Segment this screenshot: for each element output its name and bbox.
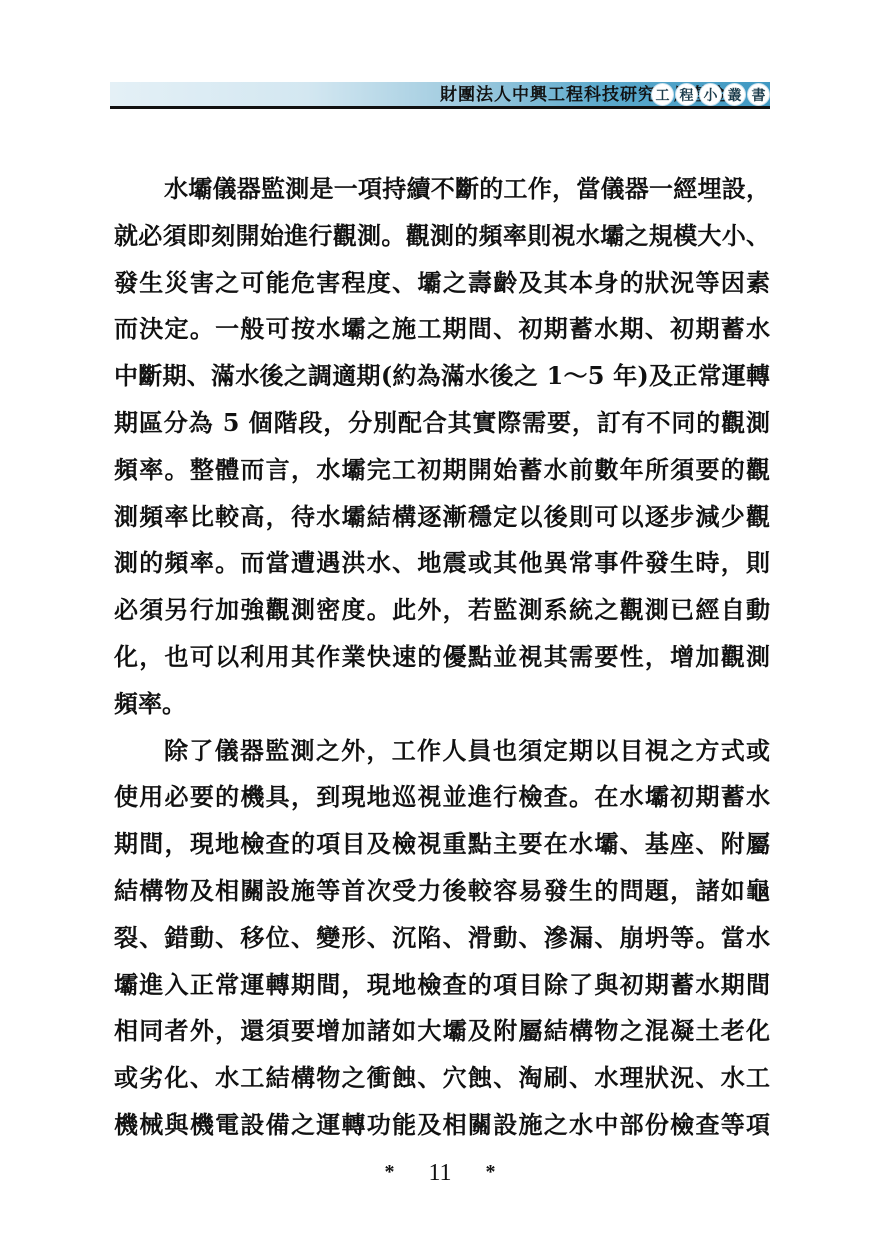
header-rule [110, 106, 770, 109]
text-line: 壩進入正常運轉期間，現地檢查的項目除了與初期蓄水期間 [114, 962, 770, 1009]
series-char: 程 [675, 83, 698, 106]
series-char: 叢 [723, 83, 746, 106]
text-line: 或劣化、水工結構物之衝蝕、穴蝕、淘刷、水理狀況、水工 [114, 1055, 770, 1102]
text-line: 結構物及相關設施等首次受力後較容易發生的問題，諸如龜 [114, 868, 770, 915]
text-line: 必須另行加強觀測密度。此外，若監測系統之觀測已經自動 [114, 587, 770, 634]
text-line: 除了儀器監測之外，工作人員也須定期以目視之方式或 [114, 728, 770, 775]
paragraph-2: 除了儀器監測之外，工作人員也須定期以目視之方式或 使用必要的機具，到現地巡視並進… [114, 728, 770, 1149]
text-line: 裂、錯動、移位、變形、沉陷、滑動、滲漏、崩坍等。當水 [114, 915, 770, 962]
text-line: 相同者外，還須要增加諸如大壩及附屬結構物之混凝土老化 [114, 1008, 770, 1055]
text-line: 而決定。一般可按水壩之施工期間、初期蓄水期、初期蓄水 [114, 306, 770, 353]
page-number: 11 [428, 1160, 451, 1186]
series-char: 小 [699, 83, 722, 106]
text-line: 發生災害之可能危害程度、壩之壽齡及其本身的狀況等因素 [114, 260, 770, 307]
text-line: 中斷期、滿水後之調適期(約為滿水後之 1～5 年)及正常運轉 [114, 353, 770, 400]
page-footer: *11* [0, 1160, 880, 1187]
series-char: 書 [747, 83, 770, 106]
text-line: 就必須即刻開始進行觀測。觀測的頻率則視水壩之規模大小、 [114, 213, 770, 260]
star-icon: * [384, 1161, 394, 1184]
text-line: 水壩儀器監測是一項持續不斷的工作，當儀器一經埋設， [114, 166, 770, 213]
text-line: 頻率。 [114, 681, 770, 728]
text-line: 頻率。整體而言，水壩完工初期開始蓄水前數年所須要的觀 [114, 447, 770, 494]
text-line: 測的頻率。而當遭遇洪水、地震或其他異常事件發生時，則 [114, 540, 770, 587]
body-text: 水壩儀器監測是一項持續不斷的工作，當儀器一經埋設， 就必須即刻開始進行觀測。觀測… [114, 166, 770, 1149]
text-line: 期區分為 5 個階段，分別配合其實際需要，訂有不同的觀測 [114, 400, 770, 447]
text-line: 測頻率比較高，待水壩結構逐漸穩定以後則可以逐步減少觀 [114, 494, 770, 541]
text-line: 期間，現地檢查的項目及檢視重點主要在水壩、基座、附屬 [114, 821, 770, 868]
series-char: 工 [651, 83, 674, 106]
paragraph-1: 水壩儀器監測是一項持續不斷的工作，當儀器一經埋設， 就必須即刻開始進行觀測。觀測… [114, 166, 770, 728]
text-line: 機械與機電設備之運轉功能及相關設施之水中部份檢查等項 [114, 1102, 770, 1149]
text-line: 使用必要的機具，到現地巡視並進行檢查。在水壩初期蓄水 [114, 774, 770, 821]
star-icon: * [486, 1161, 496, 1184]
text-line: 化，也可以利用其作業快速的優點並視其需要性，增加觀測 [114, 634, 770, 681]
series-title: 工 程 小 叢 書 [651, 83, 770, 106]
